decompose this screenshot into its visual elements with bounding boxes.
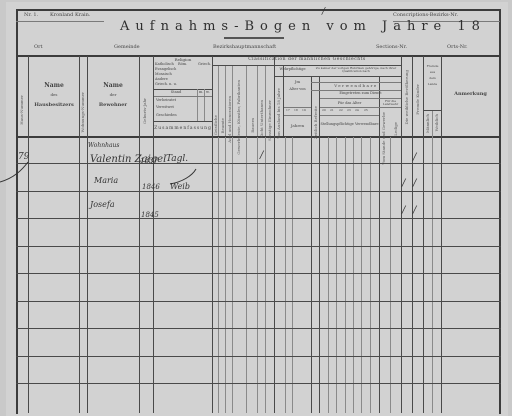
resident-name-header-2: der	[88, 93, 138, 97]
age-col: 23	[347, 109, 351, 112]
frame-right	[499, 9, 501, 414]
religion-row-label: Andere	[155, 78, 168, 82]
sub-col-line	[218, 66, 219, 136]
military-sub: Jm	[284, 80, 311, 84]
religion-col-label: Griech.	[198, 63, 211, 67]
sub-col-line	[218, 137, 219, 413]
dwelling-number-header: Wohnungs-Nummer	[80, 92, 85, 132]
col-line	[153, 56, 154, 413]
reserve-header: Für die Landwehr	[380, 100, 401, 106]
entry-2-birth-year: 1846	[142, 183, 160, 191]
col-line	[441, 56, 442, 413]
temp-exempt-header: Zeitlich Befreite	[313, 106, 318, 139]
form-title: Aufnahms-Bogen vom Jahre 18	[120, 20, 486, 33]
sub-col-line	[225, 137, 226, 413]
sub-col-line	[225, 66, 226, 136]
civil-status-row: Verheiratet	[156, 99, 176, 103]
row-line	[16, 246, 501, 247]
usable-line	[320, 115, 379, 116]
military-header: Wehrpflichtige	[274, 68, 311, 72]
number-underline	[16, 21, 104, 22]
military-line	[274, 76, 401, 77]
age-col: 25	[364, 109, 368, 112]
eligible-header: Stellungspflichtige Verwendbare	[320, 123, 379, 127]
form-number: Nr. 1.	[24, 13, 38, 18]
sub-col-line	[370, 137, 371, 413]
usable-header: Verwendbare	[311, 84, 401, 88]
bracket-stroke	[0, 160, 30, 185]
classification-col-header: Adel und Honoratioren	[227, 96, 232, 143]
reserve-col: Vom Stande und Gewerbe	[381, 112, 386, 165]
sub-col-line	[265, 137, 266, 413]
sub-col-line	[390, 137, 391, 413]
sub-col-line	[319, 76, 320, 413]
foreign-header: Lande	[424, 83, 441, 86]
frame-top	[16, 9, 501, 11]
sub-col-line	[246, 66, 247, 136]
row-line	[16, 383, 501, 384]
age-col: 24	[355, 109, 359, 112]
civil-status-row: Verwitwet	[156, 106, 174, 110]
civil-status-header: Stand	[154, 91, 198, 95]
entry-2-mark-1: /	[402, 178, 405, 189]
sub-col-line	[412, 56, 413, 413]
religion-row-label: Katholisch	[155, 63, 174, 67]
classification-col-header: Bauern	[250, 118, 255, 133]
row-line	[16, 273, 501, 274]
classification-col-header: Von Ausland bis 18 Jahre	[276, 88, 281, 139]
check-mark-title: /	[322, 7, 325, 17]
gemeinde-label: Gemeinde	[114, 45, 140, 50]
owner-name-header-3: Hausbesitzers	[30, 103, 78, 108]
age-col: 18	[294, 109, 298, 112]
frame-left	[16, 9, 18, 414]
sub-col-line	[285, 137, 286, 413]
classification-header: Classification der männlichen Geschlecht…	[213, 58, 401, 63]
age-col: 19	[302, 109, 306, 112]
entry-3-mark-1: /	[402, 205, 405, 216]
sub-col-line	[257, 137, 258, 413]
religion-row-label: Evangelisch	[155, 68, 176, 72]
sub-col-line	[345, 137, 346, 413]
sub-col-line	[232, 137, 233, 413]
col-line	[212, 56, 213, 413]
religion-row-label: Mosaisch	[155, 73, 172, 77]
classification-col-header: Sonstige Einwohner	[267, 100, 272, 141]
sub-col-line	[401, 56, 402, 413]
sections-label: Sections-Nr.	[376, 45, 407, 50]
civil-status-col: m.	[199, 91, 203, 95]
civil-status-line	[204, 89, 205, 121]
entry-2-mark-2: /	[413, 178, 416, 189]
owner-name-header-1: Name	[30, 83, 78, 89]
sub-col-line	[311, 76, 312, 413]
sub-col-line	[265, 66, 266, 136]
foreign-header: aus	[424, 71, 441, 74]
sub-col-line	[379, 76, 380, 413]
col-line	[139, 56, 140, 413]
row-line	[16, 328, 501, 329]
sub-col-line	[353, 137, 354, 413]
foreign-header: Fremde	[424, 65, 441, 68]
years-label: Jahren	[284, 124, 311, 128]
summary-header: Zusammenfassung	[154, 127, 212, 132]
age-col: 20	[322, 109, 326, 112]
summary-divider	[154, 121, 212, 122]
reserve-col: Ledige	[393, 122, 398, 136]
classification-col-header: Nicht Unterthanen	[259, 100, 264, 138]
house-number-header: Haus-Nummer	[19, 95, 24, 125]
civil-status-col: w.	[206, 91, 210, 95]
col-line	[28, 56, 29, 413]
sub-col-line	[257, 66, 258, 136]
foreign-col: Männlich	[425, 114, 430, 133]
sub-col-line	[336, 137, 337, 413]
row-line	[16, 218, 501, 219]
civil-status-line	[197, 89, 198, 121]
female-population-header: Die weibliche Bevölkerung	[404, 70, 409, 124]
classification-col-header: Beamte	[220, 118, 225, 133]
sub-col-line	[292, 137, 293, 413]
sub-col-line	[328, 137, 329, 413]
orts-nr-label: Orts-Nr.	[447, 45, 468, 50]
bezirk-label: Bezirkshauptmannschaft	[213, 45, 276, 50]
age-col: 21	[330, 109, 334, 112]
remarks-header: Anmerkung	[442, 92, 499, 97]
row-line	[16, 191, 501, 192]
crownland-label: Kronland Krain.	[50, 13, 90, 18]
sub-col-line	[246, 137, 247, 413]
birth-year-header: Geburts-Jahr	[142, 98, 147, 124]
religion-row-label: Griech. n. u.	[155, 83, 177, 87]
age-col: 22	[339, 109, 343, 112]
col-line	[87, 56, 88, 413]
service-header: Eingetreten zum Dienst	[320, 92, 401, 96]
military-line	[284, 115, 311, 116]
title-underline	[224, 37, 284, 39]
foreign-children-header: Fremde Kinder	[415, 84, 420, 115]
entry-1-resident-note: Wohnhaus	[88, 142, 120, 149]
age-col: 17	[286, 109, 290, 112]
civil-status-row: Geschieden	[156, 114, 177, 118]
ort-label: Ort	[34, 45, 43, 50]
foreign-line	[423, 110, 441, 111]
foreign-header: dem	[424, 77, 441, 80]
flourish-stroke	[168, 168, 198, 186]
sub-col-line	[274, 56, 275, 413]
civil-status-line	[154, 96, 212, 97]
owner-name-header-2: des	[30, 93, 78, 97]
entry-1-classification-mark: /	[260, 150, 263, 161]
entry-3-mark-2: /	[413, 205, 416, 216]
religion-col-label: Röm.	[178, 63, 187, 67]
row-line	[16, 356, 501, 357]
resident-name-header-3: Bewohner	[88, 103, 138, 108]
entry-2-resident-name: Maria	[94, 176, 118, 185]
entry-1-mark-2: /	[413, 152, 416, 163]
at-age-header: Für das Alter	[320, 102, 379, 106]
sub-col-line	[361, 137, 362, 413]
unclassified-header: Zu keiner der vorigen Rubriken gehörige,…	[313, 67, 399, 73]
sub-col-line	[232, 66, 233, 136]
classification-col-header: Gewerbsleute, Künstler, Fabrikanten	[236, 80, 241, 155]
row-line	[16, 163, 501, 164]
usable-line	[379, 107, 401, 108]
classification-col-header: Geistliche	[213, 115, 218, 135]
foreign-col: Weiblich	[434, 114, 439, 131]
military-sub: Alter von	[284, 88, 311, 92]
entry-1-occupation: Tagl.	[166, 154, 188, 164]
conscription-district-label: Conscriptions-Bezirks-Nr.	[393, 13, 458, 18]
resident-name-header-1: Name	[88, 83, 138, 89]
row-line	[16, 301, 501, 302]
entry-3-resident-name: Josefa	[90, 200, 115, 209]
sub-col-line	[432, 110, 433, 413]
entry-3-birth-year: 1845	[141, 211, 159, 219]
entry-1-birth-year: 1837	[140, 157, 158, 165]
